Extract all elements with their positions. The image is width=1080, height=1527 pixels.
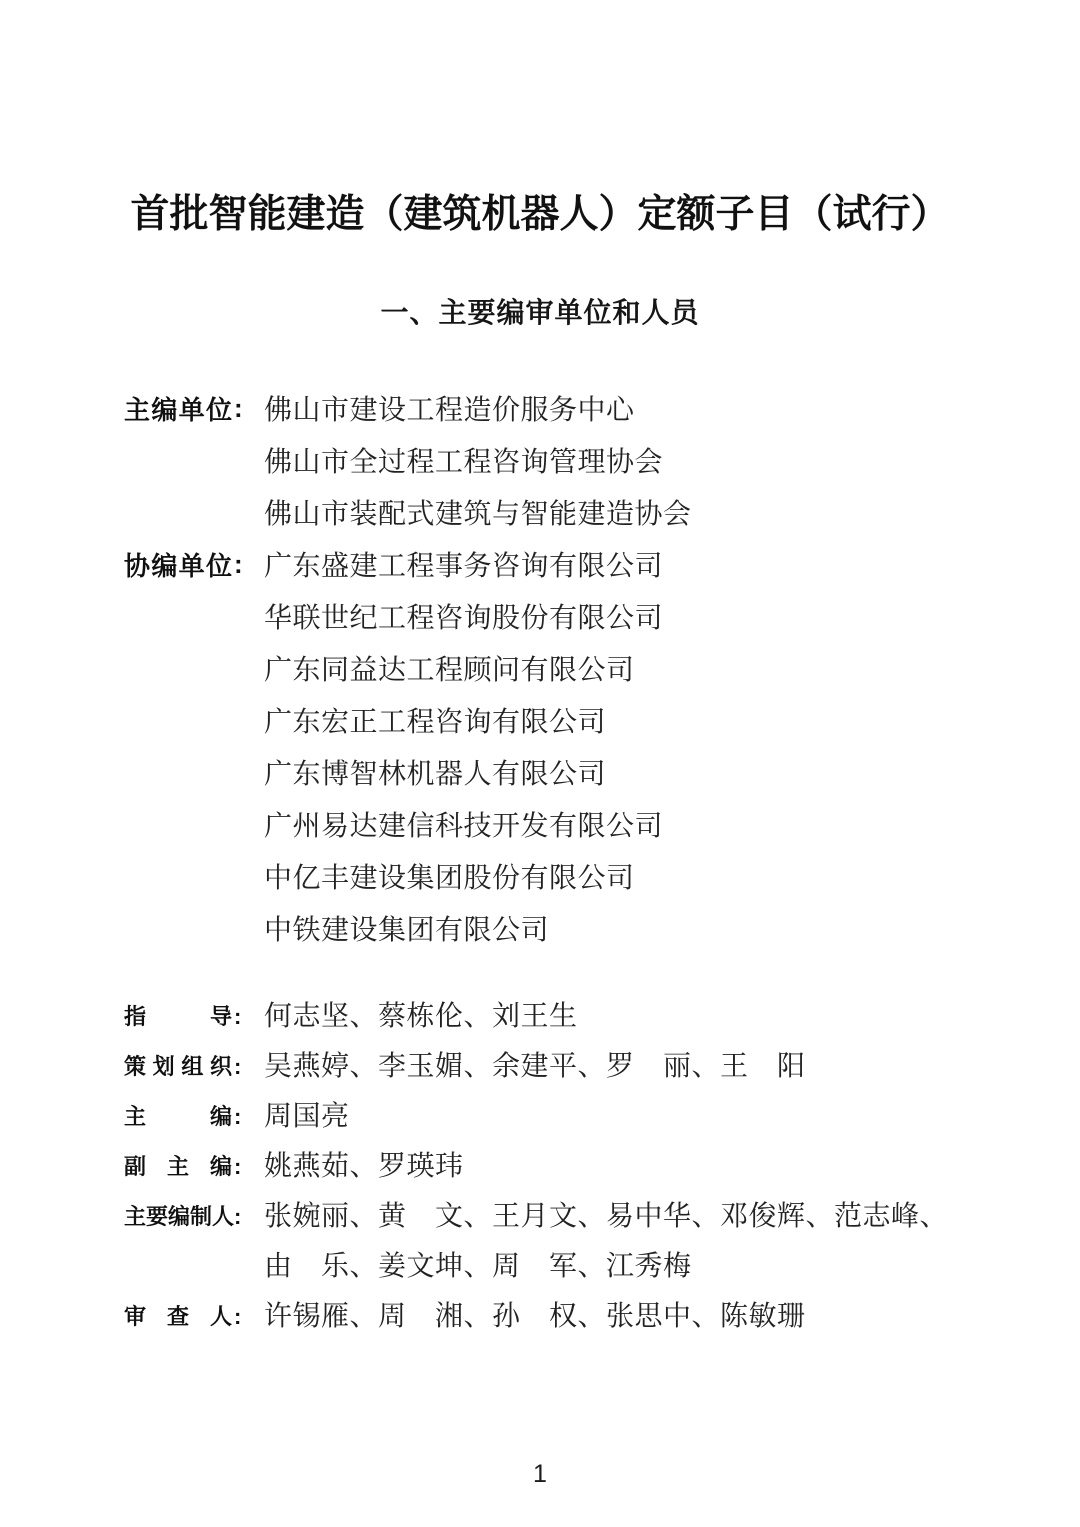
person-role-row: 主编: 周国亮: [124, 1092, 1020, 1142]
label-colon: :: [232, 1092, 264, 1142]
co-units-row: 广东宏正工程咨询有限公司: [124, 694, 1020, 746]
unit-name: 广州易达建信科技开发有限公司: [264, 804, 663, 844]
unit-name: 华联世纪工程咨询股份有限公司: [264, 596, 663, 636]
role-label: 主要编制人: [124, 1192, 232, 1242]
label-colon: :: [232, 1142, 264, 1192]
label-colon: :: [232, 1192, 264, 1242]
unit-name: 佛山市建设工程造价服务中心: [264, 388, 635, 428]
person-role-row: 主要编制人: 张婉丽、黄 文、王月文、易中华、邓俊辉、范志峰、 由 乐、姜文坤、…: [124, 1192, 1020, 1292]
co-units-row: 广东同益达工程顾问有限公司: [124, 642, 1020, 694]
person-names: 姚燕茹、罗瑛玮: [264, 1142, 464, 1192]
unit-name: 佛山市全过程工程咨询管理协会: [264, 440, 663, 480]
role-label: 审查人: [124, 1292, 232, 1342]
label-colon: :: [232, 1292, 264, 1342]
label-colon: :: [232, 393, 264, 424]
people-section: 指导: 何志坚、蔡栋伦、刘王生 策划组织: 吴燕婷、李玉媚、余建平、罗 丽、王 …: [124, 992, 1020, 1342]
unit-name: 广东盛建工程事务咨询有限公司: [264, 544, 663, 584]
person-names: 许锡雁、周 湘、孙 权、张思中、陈敏珊: [264, 1292, 806, 1342]
document-title: 首批智能建造（建筑机器人）定额子目（试行）: [0, 183, 1080, 239]
role-label: 主编: [124, 1092, 232, 1142]
chief-units-row: 佛山市装配式建筑与智能建造协会: [124, 486, 1020, 538]
person-names: 吴燕婷、李玉媚、余建平、罗 丽、王 阳: [264, 1042, 806, 1092]
page-number: 1: [0, 1460, 1080, 1489]
co-units-row: 华联世纪工程咨询股份有限公司: [124, 590, 1020, 642]
person-role-row: 指导: 何志坚、蔡栋伦、刘王生: [124, 992, 1020, 1042]
person-names: 周国亮: [264, 1092, 350, 1142]
label-colon: :: [232, 992, 264, 1042]
label-colon: :: [232, 549, 264, 580]
person-role-row: 策划组织: 吴燕婷、李玉媚、余建平、罗 丽、王 阳: [124, 1042, 1020, 1092]
person-role-row: 审查人: 许锡雁、周 湘、孙 权、张思中、陈敏珊: [124, 1292, 1020, 1342]
person-names-continued: 由 乐、姜文坤、周 军、江秀梅: [264, 1242, 948, 1292]
co-units-row: 中亿丰建设集团股份有限公司: [124, 850, 1020, 902]
co-units-row: 广东博智林机器人有限公司: [124, 746, 1020, 798]
role-label: 指导: [124, 992, 232, 1042]
unit-name: 佛山市装配式建筑与智能建造协会: [264, 492, 692, 532]
co-units-row: 协编单位: 广东盛建工程事务咨询有限公司: [124, 538, 1020, 590]
co-units-row: 中铁建设集团有限公司: [124, 902, 1020, 954]
chief-units-label: 主编单位: [124, 390, 232, 427]
unit-name: 中亿丰建设集团股份有限公司: [264, 856, 635, 896]
document-page: 首批智能建造（建筑机器人）定额子目（试行） 一、主要编审单位和人员 主编单位: …: [0, 0, 1080, 1527]
unit-name: 广东同益达工程顾问有限公司: [264, 648, 635, 688]
person-role-row: 副主编: 姚燕茹、罗瑛玮: [124, 1142, 1020, 1192]
editor-units-section: 主编单位: 佛山市建设工程造价服务中心 佛山市全过程工程咨询管理协会 佛山市装配…: [124, 382, 1020, 954]
unit-name: 广东博智林机器人有限公司: [264, 752, 606, 792]
role-label: 副主编: [124, 1142, 232, 1192]
label-colon: :: [232, 1042, 264, 1092]
person-names: 张婉丽、黄 文、王月文、易中华、邓俊辉、范志峰、: [264, 1192, 948, 1242]
co-units-row: 广州易达建信科技开发有限公司: [124, 798, 1020, 850]
chief-units-row: 主编单位: 佛山市建设工程造价服务中心: [124, 382, 1020, 434]
role-label: 策划组织: [124, 1042, 232, 1092]
co-units-label: 协编单位: [124, 546, 232, 583]
section-heading: 一、主要编审单位和人员: [0, 291, 1080, 331]
unit-name: 广东宏正工程咨询有限公司: [264, 700, 606, 740]
unit-name: 中铁建设集团有限公司: [264, 908, 549, 948]
person-names: 何志坚、蔡栋伦、刘王生: [264, 992, 578, 1042]
chief-units-row: 佛山市全过程工程咨询管理协会: [124, 434, 1020, 486]
